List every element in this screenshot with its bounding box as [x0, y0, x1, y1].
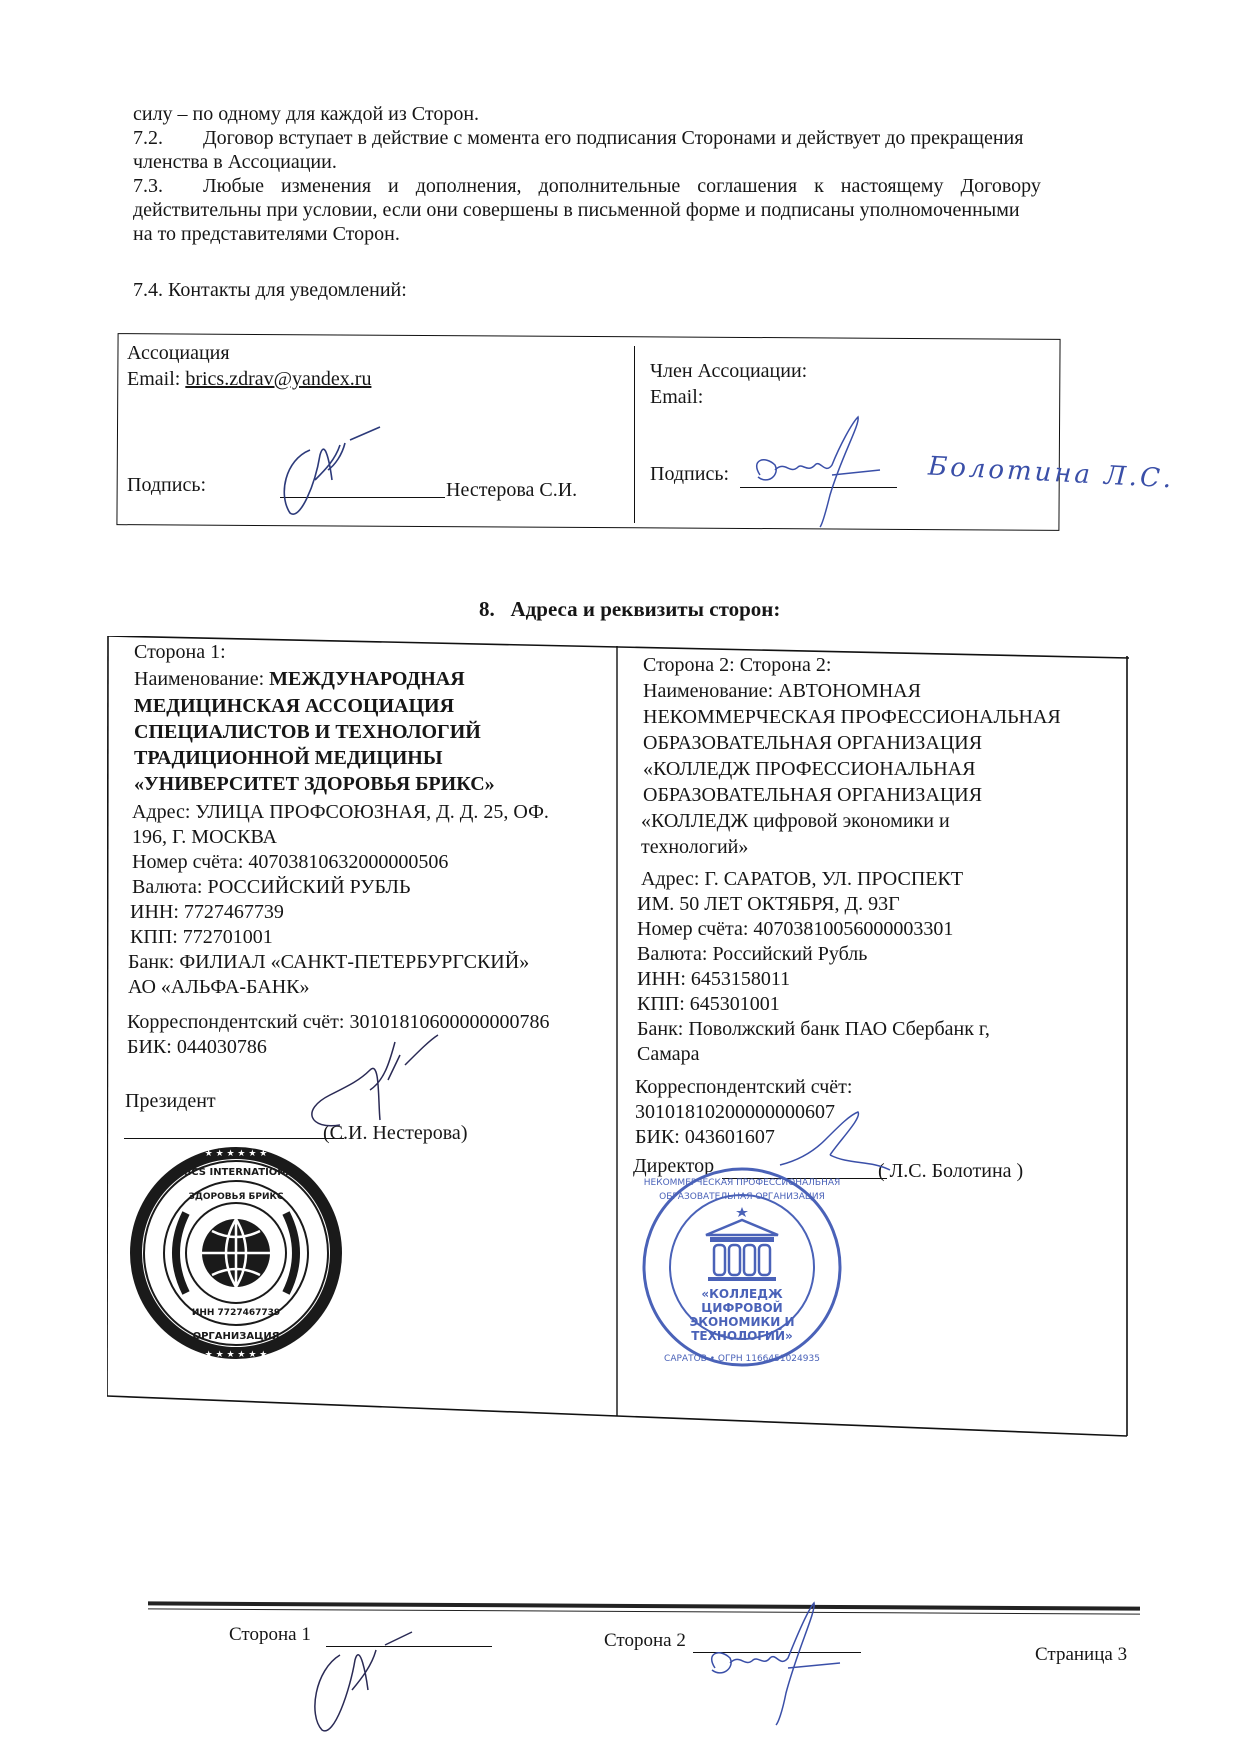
party2-name-line: НЕКОММЕРЧЕСКАЯ ПРОФЕССИОНАЛЬНАЯ — [643, 706, 1061, 729]
svg-text:ЦИФРОВОЙ: ЦИФРОВОЙ — [701, 1300, 782, 1315]
name-label: Наименование: — [643, 680, 773, 702]
party1-bik: БИК: 044030786 — [127, 1036, 267, 1059]
party1-stamp-icon: ★ ★ ★ ★ ★ ★ ★ ★ ★ ★ ★ ★ BRICS INTERNATIO… — [126, 1143, 346, 1363]
party2-address-line: Адрес: Г. САРАТОВ, УЛ. ПРОСПЕКТ — [641, 868, 963, 891]
party1-name-line: МЕДИЦИНСКАЯ АССОЦИАЦИЯ — [134, 695, 454, 718]
party1-kpp: КПП: 772701001 — [130, 926, 273, 949]
contacts-right-title: Член Ассоциации: — [650, 360, 807, 383]
party2-bik: БИК: 043601607 — [635, 1126, 775, 1149]
party1-currency: Валюта: РОССИЙСКИЙ РУБЛЬ — [132, 876, 410, 899]
intro-line: силу – по одному для каждой из Сторон. — [133, 103, 479, 125]
party2-address-line: ИМ. 50 ЛЕТ ОКТЯБРЯ, Д. 93Г — [637, 893, 900, 916]
clause-text: Любые изменения и дополнения, дополнител… — [203, 175, 1041, 197]
contacts-left-email-row: Email: brics.zdrav@yandex.ru — [127, 368, 371, 391]
footer-signature-nesterova-icon — [300, 1630, 440, 1740]
svg-text:ОБРАЗОВАТЕЛЬНАЯ ОРГАНИЗАЦИЯ: ОБРАЗОВАТЕЛЬНАЯ ОРГАНИЗАЦИЯ — [659, 1192, 825, 1202]
party1-name-line: ТРАДИЦИОННОЙ МЕДИЦИНЫ — [134, 747, 443, 770]
party2-name-line: АВТОНОМНАЯ — [778, 680, 921, 702]
svg-text:★ ★ ★ ★ ★ ★: ★ ★ ★ ★ ★ ★ — [205, 1149, 268, 1159]
clause-7-3: 7.3.Любые изменения и дополнения, дополн… — [133, 175, 1173, 197]
party2-bank-line: Самара — [637, 1043, 700, 1066]
section-title: Адреса и реквизиты сторон: — [511, 597, 781, 621]
party1-address-line: 196, Г. МОСКВА — [132, 826, 277, 849]
name-label: Наименование: — [134, 668, 264, 690]
party2-name-line: «КОЛЛЕДЖ цифровой экономики и — [641, 810, 950, 833]
party2-corr-account-line: Корреспондентский счёт: — [635, 1076, 852, 1099]
party1-address-line: Адрес: УЛИЦА ПРОФСОЮЗНАЯ, Д. Д. 25, ОФ. — [132, 801, 549, 824]
svg-text:BRICS INTERNATIONAL: BRICS INTERNATIONAL — [172, 1167, 300, 1178]
clause-number: 7.3. — [133, 175, 203, 197]
signature-nesterova-icon — [270, 1030, 440, 1140]
signature-nesterova-icon — [270, 425, 400, 520]
party1-name-row: Наименование: МЕЖДУНАРОДНАЯ — [134, 668, 465, 691]
svg-text:«КОЛЛЕДЖ: «КОЛЛЕДЖ — [701, 1287, 783, 1301]
document-page: силу – по одному для каждой из Сторон. 7… — [0, 0, 1242, 1755]
clause-7-3-cont-1: действительны при условии, если они сове… — [133, 199, 1020, 221]
party2-name-row: Наименование: АВТОНОМНАЯ — [643, 680, 921, 703]
party1-name-line: МЕЖДУНАРОДНАЯ — [269, 668, 465, 690]
party2-bank-line: Банк: Поволжский банк ПАО Сбербанк г, — [637, 1018, 990, 1041]
party1-bank-line: АО «АЛЬФА-БАНК» — [128, 976, 309, 999]
contacts-left-title: Ассоциация — [127, 342, 230, 365]
clause-number: 7.2. — [133, 127, 203, 149]
party1-inn: ИНН: 7727467739 — [130, 901, 284, 924]
footer-party2-label: Сторона 2 — [604, 1630, 686, 1652]
page-number: Страница 3 — [1035, 1644, 1127, 1666]
svg-text:ИНН 7727467739: ИНН 7727467739 — [192, 1308, 280, 1318]
party1-position: Президент — [125, 1090, 216, 1113]
party2-stamp-icon: «КОЛЛЕДЖ ЦИФРОВОЙ ЭКОНОМИКИ И ТЕХНОЛОГИЙ… — [640, 1165, 845, 1370]
party2-kpp: КПП: 645301001 — [637, 993, 780, 1016]
email-label: Email: — [127, 368, 180, 390]
section-number: 8. — [479, 597, 495, 621]
party2-currency: Валюта: Российский Рубль — [637, 943, 867, 966]
svg-text:САРАТОВ • ОГРН 1166451024935: САРАТОВ • ОГРН 1166451024935 — [664, 1354, 820, 1364]
party2-account: Номер счёта: 40703810056000003301 — [637, 918, 953, 941]
email-link[interactable]: brics.zdrav@yandex.ru — [185, 368, 371, 390]
clause-text: Договор вступает в действие с момента ег… — [203, 127, 1023, 149]
svg-text:ОРГАНИЗАЦИЯ: ОРГАНИЗАЦИЯ — [193, 1331, 280, 1342]
party1-name-line: СПЕЦИАЛИСТОВ И ТЕХНОЛОГИЙ — [134, 721, 481, 744]
clause-7-2: 7.2.Договор вступает в действие с момент… — [133, 127, 1173, 149]
clause-7-2-cont: членства в Ассоциации. — [133, 151, 337, 173]
clause-7-3-cont-2: на то представителями Сторон. — [133, 223, 400, 245]
contacts-heading: 7.4. Контакты для уведомлений: — [133, 279, 407, 301]
contacts-right-email-label: Email: — [650, 386, 703, 409]
section-8-heading: 8. Адреса и реквизиты сторон: — [479, 597, 780, 622]
party2-name-line: «КОЛЛЕДЖ ПРОФЕССИОНАЛЬНАЯ — [643, 758, 975, 781]
party1-header: Сторона 1: — [134, 641, 226, 664]
party2-header: Сторона 2: Сторона 2: — [643, 654, 831, 677]
footer-party1-label: Сторона 1 — [229, 1624, 311, 1646]
contacts-left-signer: Нестерова С.И. — [446, 479, 577, 502]
contacts-table-divider — [634, 346, 635, 523]
party1-bank-line: Банк: ФИЛИАЛ «САНКТ-ПЕТЕРБУРГСКИЙ» — [128, 951, 529, 974]
signature-bolotina-icon — [740, 415, 910, 530]
party1-account: Номер счёта: 40703810632000000506 — [132, 851, 448, 874]
party2-name-line: ОБРАЗОВАТЕЛЬНАЯ ОРГАНИЗАЦИЯ — [643, 732, 982, 755]
party1-name-line: «УНИВЕРСИТЕТ ЗДОРОВЬЯ БРИКС» — [134, 773, 495, 796]
svg-text:ТЕХНОЛОГИЙ»: ТЕХНОЛОГИЙ» — [691, 1328, 793, 1343]
footer-signature-bolotina-icon — [690, 1598, 860, 1728]
party2-name-line: технологий» — [641, 836, 748, 859]
svg-text:★ ★ ★ ★ ★ ★: ★ ★ ★ ★ ★ ★ — [205, 1350, 268, 1360]
svg-text:ЭКОНОМИКИ И: ЭКОНОМИКИ И — [689, 1315, 794, 1329]
contacts-right-signature-label: Подпись: — [650, 463, 729, 486]
svg-text:ЗДОРОВЬЯ БРИКС: ЗДОРОВЬЯ БРИКС — [188, 1192, 283, 1202]
party2-inn: ИНН: 6453158011 — [637, 968, 790, 991]
svg-text:НЕКОММЕРЧЕСКАЯ ПРОФЕССИОНАЛЬНА: НЕКОММЕРЧЕСКАЯ ПРОФЕССИОНАЛЬНАЯ — [644, 1178, 841, 1188]
contacts-table — [116, 333, 1060, 531]
party2-name-line: ОБРАЗОВАТЕЛЬНАЯ ОРГАНИЗАЦИЯ — [643, 784, 982, 807]
contacts-left-signature-label: Подпись: — [127, 474, 206, 497]
